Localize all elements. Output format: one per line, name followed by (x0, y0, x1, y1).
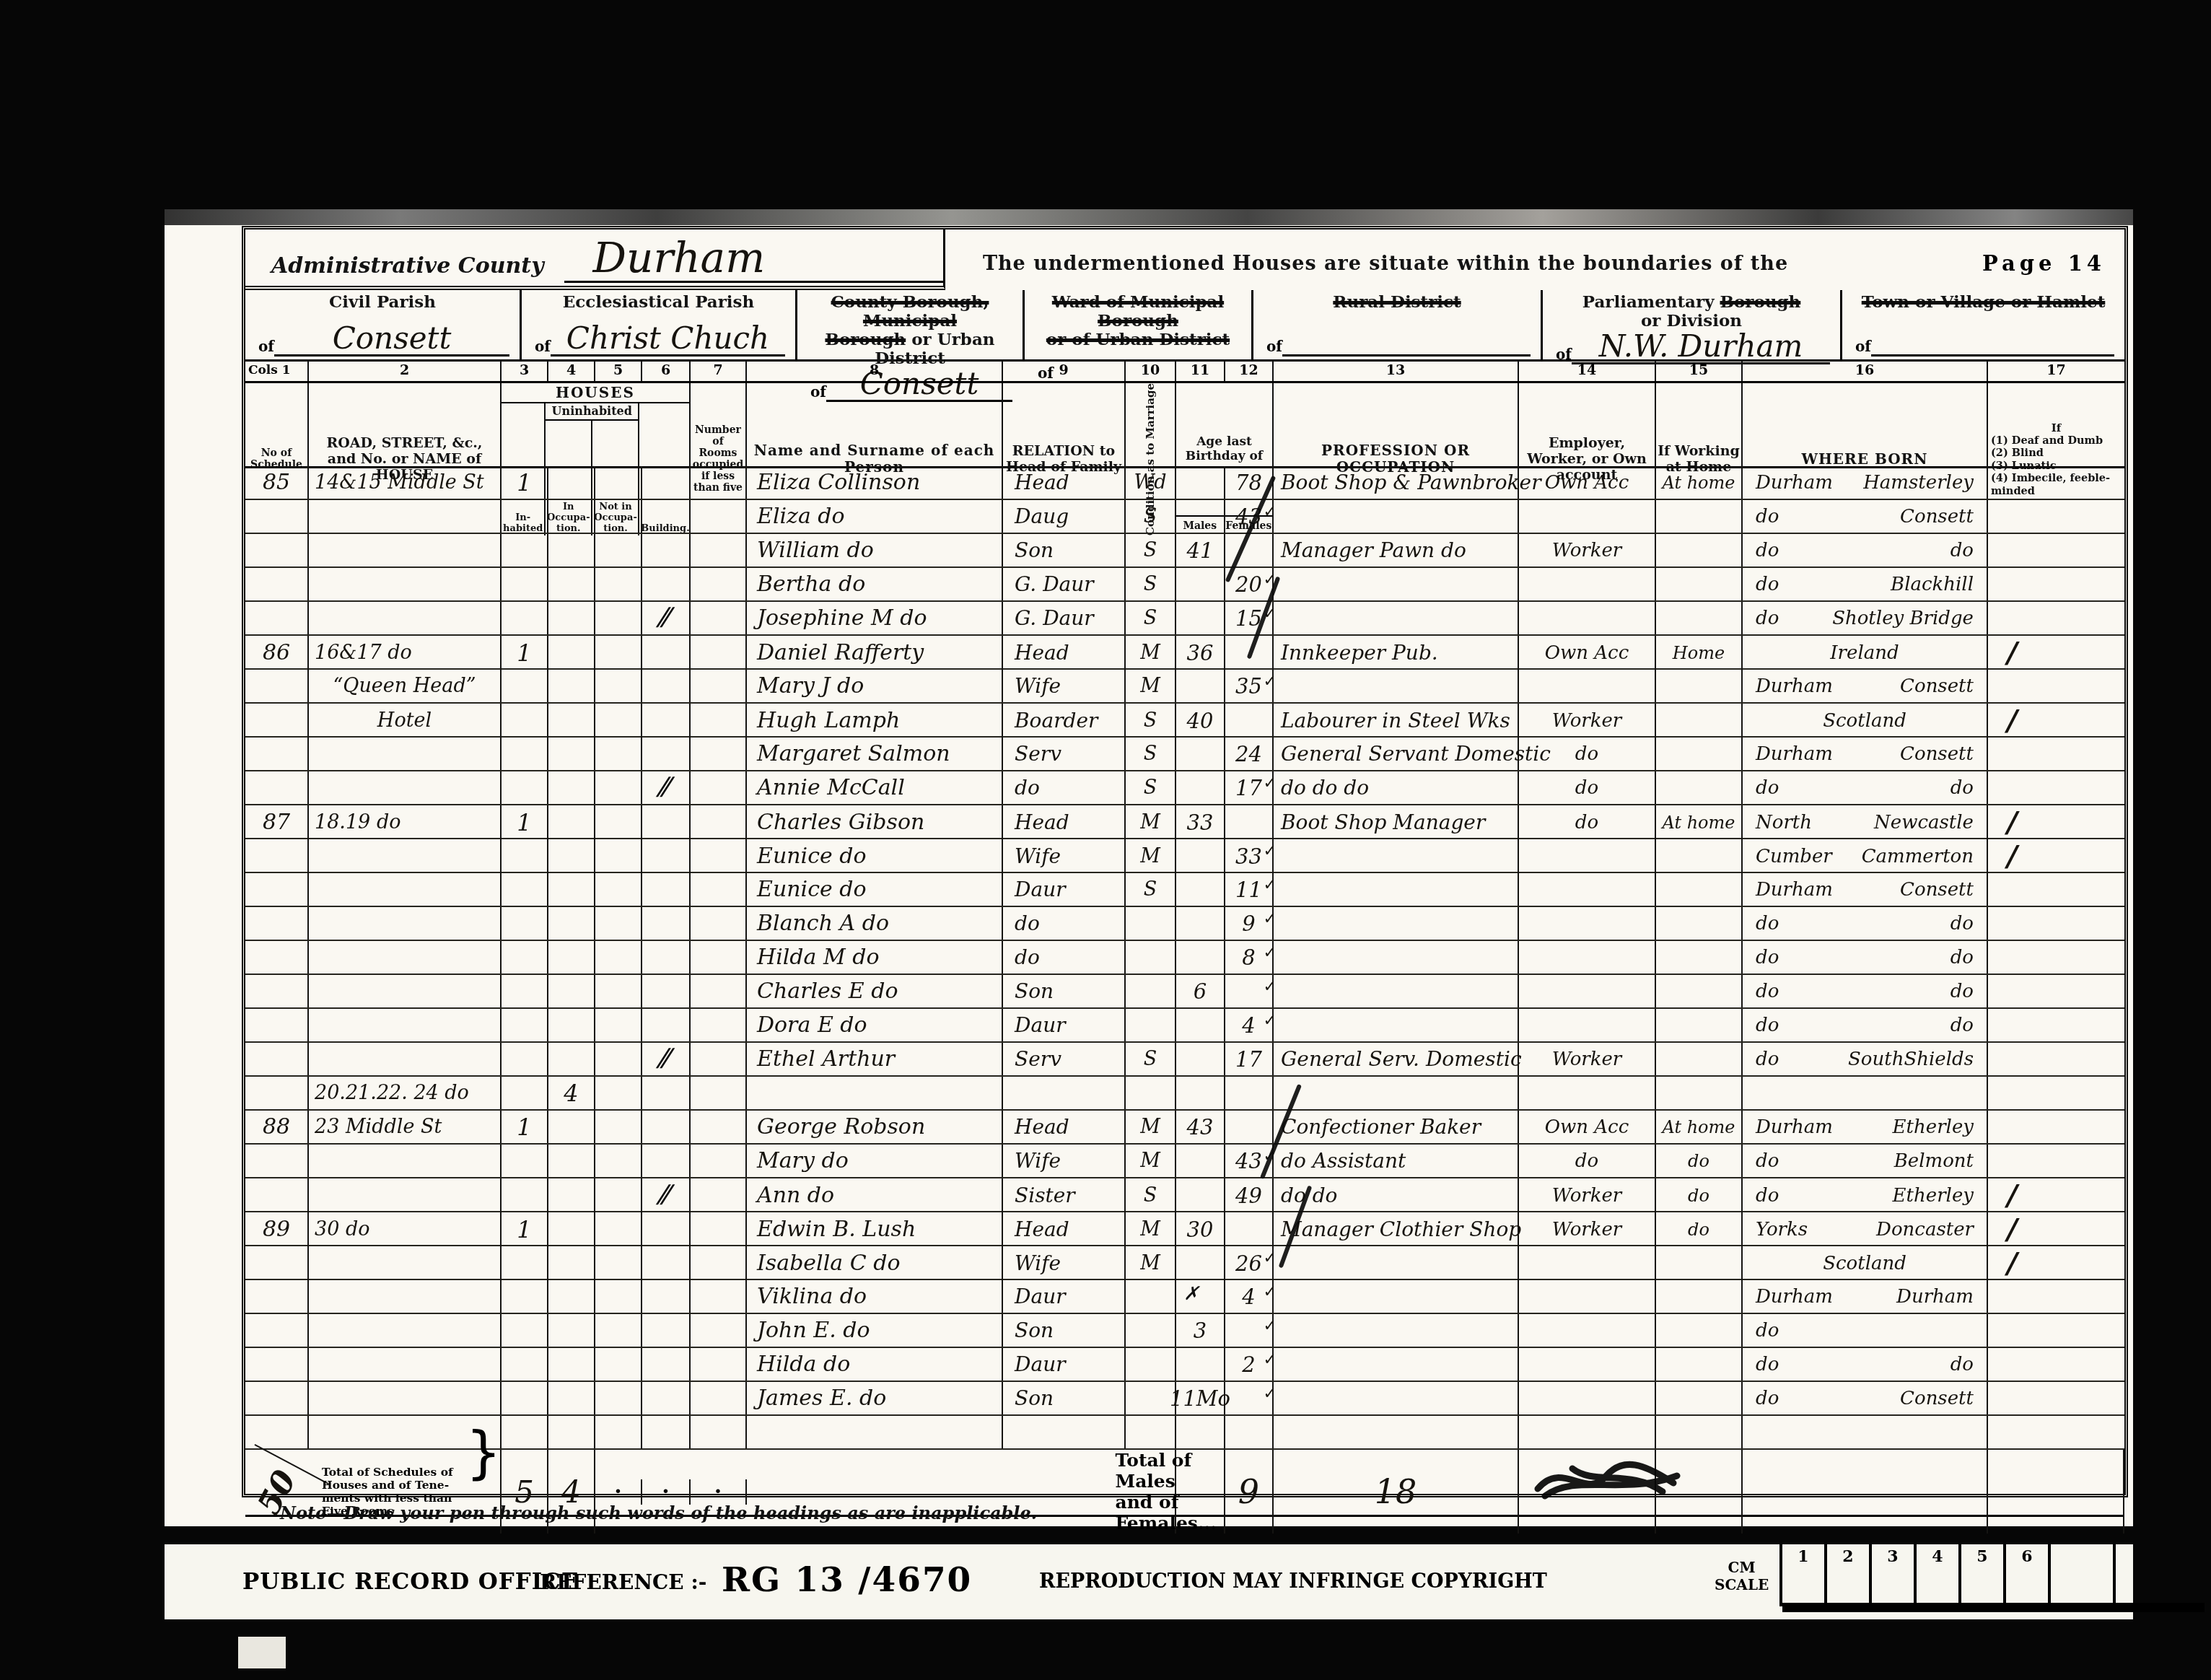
totals-stamp-cell (1519, 1450, 1656, 1534)
born-county: Durham (1756, 1286, 1833, 1308)
relation-cell: do (1003, 907, 1126, 940)
born-place: Doncaster (1876, 1219, 1974, 1241)
employer-cell (1519, 1009, 1656, 1041)
totals-home-cell (1743, 1450, 1988, 1534)
check-mark: ✓ (1264, 1249, 1277, 1267)
address-cell (309, 602, 502, 634)
relation-cell: do (1003, 941, 1126, 974)
name-cell: Eunice do (747, 873, 1003, 906)
working-at-home-cell (1656, 975, 1743, 1007)
rooms-cell (691, 534, 747, 566)
district-cell: County Borough, MunicipalBorough or Urba… (797, 290, 1025, 359)
condition-cell: S (1126, 1043, 1176, 1075)
infirmity-item: (2) Blind (1991, 447, 2122, 460)
address-cell (309, 1145, 502, 1177)
schedule-cell (245, 1009, 309, 1041)
born-place: do (1951, 913, 1974, 935)
address-cell (309, 534, 502, 566)
building-cell (642, 975, 691, 1007)
infirmity-cell (1988, 975, 2124, 1007)
infirmity-cell: / (1988, 839, 2124, 873)
inhabited-cell (502, 568, 548, 600)
employer-cell: Worker (1519, 1043, 1656, 1075)
rooms-cell (691, 907, 747, 940)
schedule-cell (245, 1178, 309, 1212)
building-cell (642, 636, 691, 670)
born-county: Durham (1756, 472, 1833, 494)
address-cell: 20.21.22. 24 do (309, 1077, 502, 1109)
inhabited-cell (502, 1145, 548, 1177)
uninhabited-in-occ-cell (548, 1280, 595, 1313)
ruler-tick: 3 (1872, 1544, 1917, 1606)
infirmity-cell (1988, 1009, 2124, 1041)
born-county: do (1756, 506, 1779, 528)
condition-cell: M (1126, 839, 1176, 873)
admin-county-label: Administrative County (271, 253, 544, 283)
schedule-cell (245, 670, 309, 702)
uninhabited-in-occ-cell (548, 1212, 595, 1246)
born-place: Belmont (1894, 1150, 1974, 1172)
uninhabited-not-occ-cell (595, 500, 642, 533)
district-label-text: Parliamentary (1582, 292, 1720, 312)
address-cell: “Queen Head” (309, 670, 502, 702)
where-born-cell: dodo (1743, 975, 1988, 1007)
infirmity-cell (1988, 1077, 2124, 1109)
occupation-cell (1274, 1077, 1519, 1109)
uninhabited-in-occ-cell (548, 738, 595, 770)
district-label-text: Civil Parish (329, 292, 436, 312)
check-mark: ✓ (1264, 910, 1277, 928)
inhabited-cell: 1 (502, 805, 548, 839)
born-county: do (1756, 1354, 1779, 1375)
relation-cell: Daur (1003, 1280, 1126, 1313)
rooms-cell (691, 1145, 747, 1177)
relation-cell: Head (1003, 636, 1126, 670)
occupation-cell (1274, 1246, 1519, 1280)
age-females-cell: 17✓ (1225, 771, 1274, 804)
employer-cell (1519, 670, 1656, 702)
working-at-home-cell (1656, 941, 1743, 974)
uninhabited-not-occ-cell (595, 636, 642, 670)
occupation-cell: Manager Clothier Shop (1274, 1212, 1519, 1246)
uninhabited-in-occ-cell (548, 839, 595, 873)
district-label-text: County Borough, Municipal (831, 292, 989, 331)
cols-label: Cols 1 (245, 359, 309, 381)
occupation-cell: Manager Pawn do (1274, 534, 1519, 566)
infirmity-cell (1988, 771, 2124, 804)
relation-cell (1003, 1416, 1126, 1448)
building-cell (642, 1145, 691, 1177)
footer-office: PUBLIC RECORD OFFICE (242, 1569, 579, 1595)
where-born-cell: YorksDoncaster (1743, 1212, 1988, 1246)
building-cell (642, 907, 691, 940)
condition-cell (1126, 1280, 1176, 1313)
age-males-cell (1176, 1077, 1225, 1109)
address-cell (309, 568, 502, 600)
condition-cell (1126, 1348, 1176, 1381)
ruler-tail (2051, 1544, 2116, 1606)
name-cell: Viklina do (747, 1280, 1003, 1313)
table-row: Eunice doDaurS11✓DurhamConsett (245, 873, 2124, 907)
check-mark: ✓ (1264, 842, 1277, 860)
uninhabited-in-occ-cell (548, 602, 595, 634)
born-county: do (1756, 608, 1779, 629)
age-females-cell: 9✓ (1225, 907, 1274, 940)
where-born-cell: dodo (1743, 534, 1988, 566)
schedule-cell: 88 (245, 1111, 309, 1143)
occupation-cell (1274, 1416, 1519, 1448)
employer-cell: Worker (1519, 1212, 1656, 1246)
condition-cell: M (1126, 636, 1176, 670)
age-males-cell: 33 (1176, 805, 1225, 839)
address-cell (309, 1416, 502, 1448)
table-row: Margaret SalmonServS24General Servant Do… (245, 738, 2124, 771)
inhabited-cell (502, 1348, 548, 1381)
table-row: William doSonS41Manager Pawn doWorkerdod… (245, 534, 2124, 568)
rooms-cell (691, 771, 747, 804)
born-county: do (1756, 574, 1779, 595)
table-row: 8823 Middle St1George RobsonHeadM43Confe… (245, 1111, 2124, 1145)
column-number: 12 (1225, 359, 1274, 381)
age-females-cell: 33✓ (1225, 839, 1274, 873)
uninhabited-in-occ-cell (548, 771, 595, 804)
where-born-cell: DurhamConsett (1743, 738, 1988, 770)
occupation-cell (1274, 1348, 1519, 1381)
inhabited-cell (502, 1077, 548, 1109)
uninhabited-in-occ-cell (548, 907, 595, 940)
inhabited-cell (502, 1314, 548, 1347)
age-females-cell (1225, 1416, 1274, 1448)
form-header: Administrative County Durham The underme… (245, 229, 2124, 290)
schedule-cell (245, 1145, 309, 1177)
footer-reference-number: RG 13 /4670 (722, 1560, 972, 1600)
infirmity-cell (1988, 941, 2124, 974)
inhabited-cell (502, 907, 548, 940)
occupation-cell (1274, 839, 1519, 873)
check-mark: ✓ (1264, 876, 1277, 894)
name-cell: Hilda M do (747, 941, 1003, 974)
born-place: Ireland (1830, 642, 1899, 664)
schedule-cell (245, 704, 309, 738)
district-label-text: Ward of Municipal Borough (1052, 292, 1224, 331)
district-label: Parliamentary Boroughor Division (1547, 293, 1836, 331)
age-females-cell: 11✓ (1225, 873, 1274, 906)
age-males-cell: 40 (1176, 704, 1225, 738)
working-at-home-cell (1656, 1009, 1743, 1041)
address-cell (309, 771, 502, 804)
district-cell: Civil ParishofConsett (245, 290, 522, 359)
table-row: Eunice doWifeM33✓CumberCammerton/ (245, 839, 2124, 873)
employer-cell: do (1519, 805, 1656, 839)
address-cell (309, 738, 502, 770)
inhabited-cell (502, 1246, 548, 1280)
condition-cell: S (1126, 568, 1176, 600)
name-cell: William do (747, 534, 1003, 566)
column-number: 11 (1176, 359, 1225, 381)
table-row: Hilda M dodo8✓dodo (245, 941, 2124, 975)
column-number: 16 (1743, 359, 1988, 381)
relation-cell: do (1003, 771, 1126, 804)
building-cell (642, 534, 691, 566)
born-place: do (1951, 540, 1974, 561)
condition-cell (1126, 941, 1176, 974)
born-place: Hamsterley (1863, 472, 1974, 494)
form-note: Note—Draw your pen through such words of… (280, 1502, 1037, 1523)
inhabited-cell (502, 1382, 548, 1414)
occupation-cell: do do do (1274, 771, 1519, 804)
name-cell: Bertha do (747, 568, 1003, 600)
uninhabited-in-occ-cell (548, 500, 595, 533)
condition-cell: S (1126, 500, 1176, 533)
address-cell (309, 500, 502, 533)
infirmity-cell: / (1988, 1212, 2124, 1246)
inhabited-cell (502, 975, 548, 1007)
schedule-cell (245, 1348, 309, 1381)
double-stroke-mark: ⫽ (654, 772, 676, 803)
schedule-cell (245, 738, 309, 770)
employer-cell (1519, 873, 1656, 906)
age-males-cell (1176, 873, 1225, 906)
age-males-cell (1176, 670, 1225, 702)
rooms-cell (691, 839, 747, 873)
header-uninhabited-label: Uninhabited (546, 403, 638, 421)
scan-smear (165, 209, 2133, 225)
name-cell: Eunice do (747, 839, 1003, 873)
column-numbers-row: Cols 1234567891011121314151617 (245, 359, 2124, 383)
uninhabited-in-occ-cell: 4 (548, 1077, 595, 1109)
age-males-cell: 6 (1176, 975, 1225, 1007)
check-mark: ✓ (1264, 1351, 1277, 1369)
where-born-cell: doSouthShields (1743, 1043, 1988, 1075)
condition-cell (1126, 1314, 1176, 1347)
inhabited-cell (502, 704, 548, 738)
admin-county-box: Administrative County Durham (245, 229, 945, 290)
check-mark: ✓ (1264, 1283, 1277, 1301)
rooms-cell (691, 704, 747, 738)
employer-cell: Worker (1519, 704, 1656, 738)
building-cell (642, 941, 691, 974)
census-scan: { "header": { "admin_label": "Administra… (0, 0, 2211, 1680)
address-cell: 30 do (309, 1212, 502, 1246)
name-cell: Ethel Arthur (747, 1043, 1003, 1075)
relation-cell: Sister (1003, 1178, 1126, 1212)
occupation-cell: Innkeeper Pub. (1274, 636, 1519, 670)
rooms-cell (691, 670, 747, 702)
table-row: Hilda doDaur2✓dodo (245, 1348, 2124, 1382)
uninhabited-not-occ-cell (595, 738, 642, 770)
name-cell: Isabella C do (747, 1246, 1003, 1280)
table-row: ⫽Ethel ArthurServS17General Serv. Domest… (245, 1043, 2124, 1077)
occupation-cell (1274, 602, 1519, 634)
address-cell (309, 907, 502, 940)
rooms-cell (691, 466, 747, 499)
name-cell: Margaret Salmon (747, 738, 1003, 770)
uninhabited-in-occ-cell (548, 1009, 595, 1041)
record-office-footer: PUBLIC RECORD OFFICE REFERENCE :- RG 13 … (165, 1544, 2133, 1619)
rooms-cell (691, 1382, 747, 1414)
district-label-line: or of Urban District (1029, 331, 1247, 349)
age-males-cell (1176, 602, 1225, 634)
born-place: do (1951, 777, 1974, 799)
district-label-line: County Borough, Municipal (802, 293, 1018, 331)
uninhabited-in-occ-cell (548, 636, 595, 670)
ruler-tick: 2 (1827, 1544, 1872, 1606)
where-born-cell: doConsett (1743, 500, 1988, 533)
infirmity-item: (1) Deaf and Dumb (1991, 434, 2122, 447)
table-row: ⫽Annie McCalldoS17✓do do dodododo (245, 771, 2124, 805)
where-born-cell: DurhamConsett (1743, 873, 1988, 906)
schedule-cell (245, 771, 309, 804)
rooms-cell (691, 873, 747, 906)
uninhabited-not-occ-cell (595, 1348, 642, 1381)
table-row: Viklina doDaur✗4✓DurhamDurham (245, 1280, 2124, 1314)
of-label: of (1855, 338, 1871, 356)
uninhabited-not-occ-cell (595, 1111, 642, 1143)
relation-cell: G. Daur (1003, 602, 1126, 634)
building-cell (642, 704, 691, 738)
name-cell: Ann do (747, 1178, 1003, 1212)
district-label: Civil Parish (250, 293, 515, 312)
building-cell (642, 568, 691, 600)
table-row: Eliza doDaugS43✓doConsett (245, 500, 2124, 534)
district-label-text: Borough (825, 330, 906, 349)
working-at-home-cell (1656, 602, 1743, 634)
working-at-home-cell (1656, 839, 1743, 873)
schedule-cell (245, 534, 309, 566)
district-value (1282, 323, 1531, 356)
of-label: of (258, 338, 274, 356)
born-place: Etherley (1893, 1185, 1974, 1207)
address-cell (309, 1314, 502, 1347)
where-born-cell: doBelmont (1743, 1145, 1988, 1177)
name-cell: Dora E do (747, 1009, 1003, 1041)
address-cell (309, 1009, 502, 1041)
district-of-line: of (1847, 323, 2120, 358)
relation-cell: Daur (1003, 873, 1126, 906)
born-place: Consett (1900, 1388, 1974, 1409)
infirmity-cell (1988, 534, 2124, 566)
where-born-cell: Scotland (1743, 1246, 1988, 1280)
table-row: Blanch A dodo9✓dodo (245, 907, 2124, 941)
schedule-cell (245, 1077, 309, 1109)
uninhabited-not-occ-cell (595, 670, 642, 702)
infirmity-cell (1988, 1280, 2124, 1313)
inhabited-cell (502, 1043, 548, 1075)
age-females-cell: 8✓ (1225, 941, 1274, 974)
relation-cell: Daur (1003, 1348, 1126, 1381)
age-males-cell (1176, 568, 1225, 600)
age-females-cell (1225, 805, 1274, 839)
ruler-tick: 1 (1782, 1544, 1827, 1606)
uninhabited-not-occ-cell (595, 1246, 642, 1280)
rooms-cell (691, 738, 747, 770)
infirmity-cell: / (1988, 805, 2124, 839)
age-males-cell: 11Mo (1176, 1382, 1225, 1414)
age-males-cell: 41 (1176, 534, 1225, 566)
uninhabited-not-occ-cell (595, 1212, 642, 1246)
uninhabited-not-occ-cell (595, 602, 642, 634)
where-born-cell: dodo (1743, 1009, 1988, 1041)
inhabited-cell (502, 534, 548, 566)
uninhabited-not-occ-cell (595, 1043, 642, 1075)
condition-cell (1126, 907, 1176, 940)
infirmity-cell (1988, 738, 2124, 770)
condition-cell (1126, 1009, 1176, 1041)
struck-mark: ✗ (1183, 1283, 1199, 1305)
schedule-cell: 87 (245, 805, 309, 839)
rooms-cell (691, 636, 747, 670)
age-females-cell (1225, 534, 1274, 566)
name-cell: Annie McCall (747, 771, 1003, 804)
born-place: do (1951, 1354, 1974, 1375)
building-cell (642, 1382, 691, 1414)
uninhabited-in-occ-cell (548, 1382, 595, 1414)
schedule-cell (245, 500, 309, 533)
infirmity-cell (1988, 1416, 2124, 1448)
infirmity-cell: / (1988, 1178, 2124, 1212)
age-males-cell (1176, 941, 1225, 974)
rooms-cell (691, 1246, 747, 1280)
building-cell (642, 1314, 691, 1347)
condition-cell: M (1126, 1111, 1176, 1143)
film-chip (238, 1637, 286, 1668)
condition-cell: S (1126, 534, 1176, 566)
inhabited-cell (502, 738, 548, 770)
uninhabited-not-occ-cell (595, 1416, 642, 1448)
condition-cell (1126, 975, 1176, 1007)
schedule-cell: 85 (245, 466, 309, 499)
uninhabited-in-occ-cell (548, 1246, 595, 1280)
schedule-cell (245, 1280, 309, 1313)
age-females-cell: ✓ (1225, 975, 1274, 1007)
district-label-line: Town or Village or Hamlet (1847, 293, 2120, 312)
uninhabited-not-occ-cell (595, 1145, 642, 1177)
condition-cell: S (1126, 873, 1176, 906)
infirmity-cell (1988, 670, 2124, 702)
occupation-cell (1274, 873, 1519, 906)
condition-cell: M (1126, 1212, 1176, 1246)
relation-cell: Wife (1003, 1145, 1126, 1177)
employer-cell: Own Acc (1519, 1111, 1656, 1143)
double-stroke-mark: ⫽ (654, 603, 676, 634)
schedule-cell (245, 1246, 309, 1280)
building-cell (642, 670, 691, 702)
inhabited-cell: 1 (502, 466, 548, 499)
where-born-cell: Ireland (1743, 636, 1988, 670)
inhabited-cell (502, 1178, 548, 1212)
building-cell (642, 839, 691, 873)
totals-males-females-label: Total of Males and of Females... (1176, 1450, 1225, 1534)
table-row: John E. doSon3✓do (245, 1314, 2124, 1348)
employer-cell (1519, 602, 1656, 634)
table-row: 8930 do1Edwin B. LushHeadM30Manager Clot… (245, 1212, 2124, 1246)
column-number: 4 (548, 359, 595, 381)
uninhabited-not-occ-cell (595, 1280, 642, 1313)
schedule-cell (245, 602, 309, 634)
column-number: 14 (1519, 359, 1656, 381)
condition-cell: S (1126, 738, 1176, 770)
building-cell (642, 1246, 691, 1280)
occupation-cell (1274, 1009, 1519, 1041)
uninhabited-in-occ-cell (548, 466, 595, 499)
schedule-cell (245, 975, 309, 1007)
name-cell: Blanch A do (747, 907, 1003, 940)
born-place: Consett (1900, 506, 1974, 528)
check-mark: ✓ (1264, 1317, 1277, 1335)
district-label-line: Ecclesiastical Parish (526, 293, 791, 312)
infirmity-cell: / (1988, 636, 2124, 670)
uninhabited-not-occ-cell (595, 771, 642, 804)
